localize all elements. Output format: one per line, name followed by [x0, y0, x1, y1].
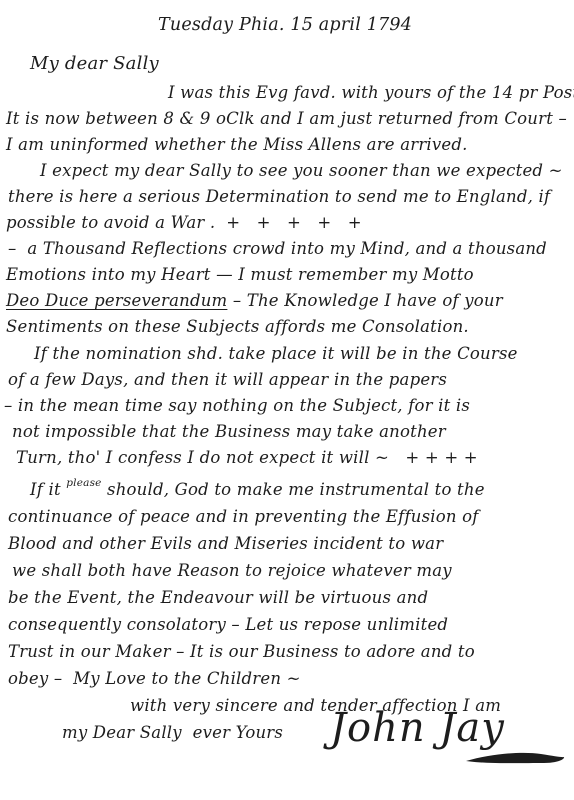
letter-line: of a few Days, and then it will appear i…: [8, 371, 447, 389]
signature: John Jay: [330, 706, 505, 750]
letter-line-insertion: If it please should, God to make me inst…: [30, 481, 485, 499]
letter-line-motto: Deo Duce perseverandum – The Knowledge I…: [6, 292, 503, 310]
letter-line: I was this Evg favd. with yours of the 1…: [168, 84, 574, 102]
letter-line: Sentiments on these Subjects affords me …: [6, 318, 469, 336]
signature-flourish: [466, 748, 566, 768]
letter-line: Trust in our Maker – It is our Business …: [8, 643, 475, 661]
letter-line: there is here a serious Determination to…: [8, 188, 550, 206]
closing-line: my Dear Sally ever Yours: [62, 724, 283, 742]
letter-line-text: If it: [30, 480, 66, 499]
letter-line: consequently consolatory – Let us repose…: [8, 616, 448, 634]
salutation: My dear Sally: [30, 54, 159, 74]
letter-line: Emotions into my Heart — I must remember…: [6, 266, 474, 284]
letter-page: Tuesday Phia. 15 april 1794 My dear Sall…: [0, 0, 574, 800]
letter-line: continuance of peace and in preventing t…: [8, 508, 479, 526]
inserted-word: please: [66, 478, 101, 490]
letter-line-text: should, God to make me instrumental to t…: [102, 480, 485, 499]
letter-line: It is now between 8 & 9 oClk and I am ju…: [6, 110, 567, 128]
letter-line: I am uninformed whether the Miss Allens …: [6, 136, 468, 154]
letter-line: obey – My Love to the Children ~: [8, 670, 301, 688]
letter-line: I expect my dear Sally to see you sooner…: [40, 162, 563, 180]
letter-line: we shall both have Reason to rejoice wha…: [12, 562, 452, 580]
letter-line: Turn, tho' I confess I do not expect it …: [16, 449, 478, 467]
letter-line: not impossible that the Business may tak…: [12, 423, 446, 441]
date-line: Tuesday Phia. 15 april 1794: [158, 16, 412, 35]
letter-line: – in the mean time say nothing on the Su…: [4, 397, 470, 415]
letter-line: be the Event, the Endeavour will be virt…: [8, 589, 428, 607]
motto-text: Deo Duce perseverandum: [6, 291, 227, 310]
letter-line-text: – The Knowledge I have of your: [227, 291, 502, 310]
letter-line: possible to avoid a War . + + + + +: [6, 214, 362, 232]
letter-line: – a Thousand Reflections crowd into my M…: [8, 240, 547, 258]
letter-line: Blood and other Evils and Miseries incid…: [8, 535, 443, 553]
letter-line: If the nomination shd. take place it wil…: [34, 345, 518, 363]
